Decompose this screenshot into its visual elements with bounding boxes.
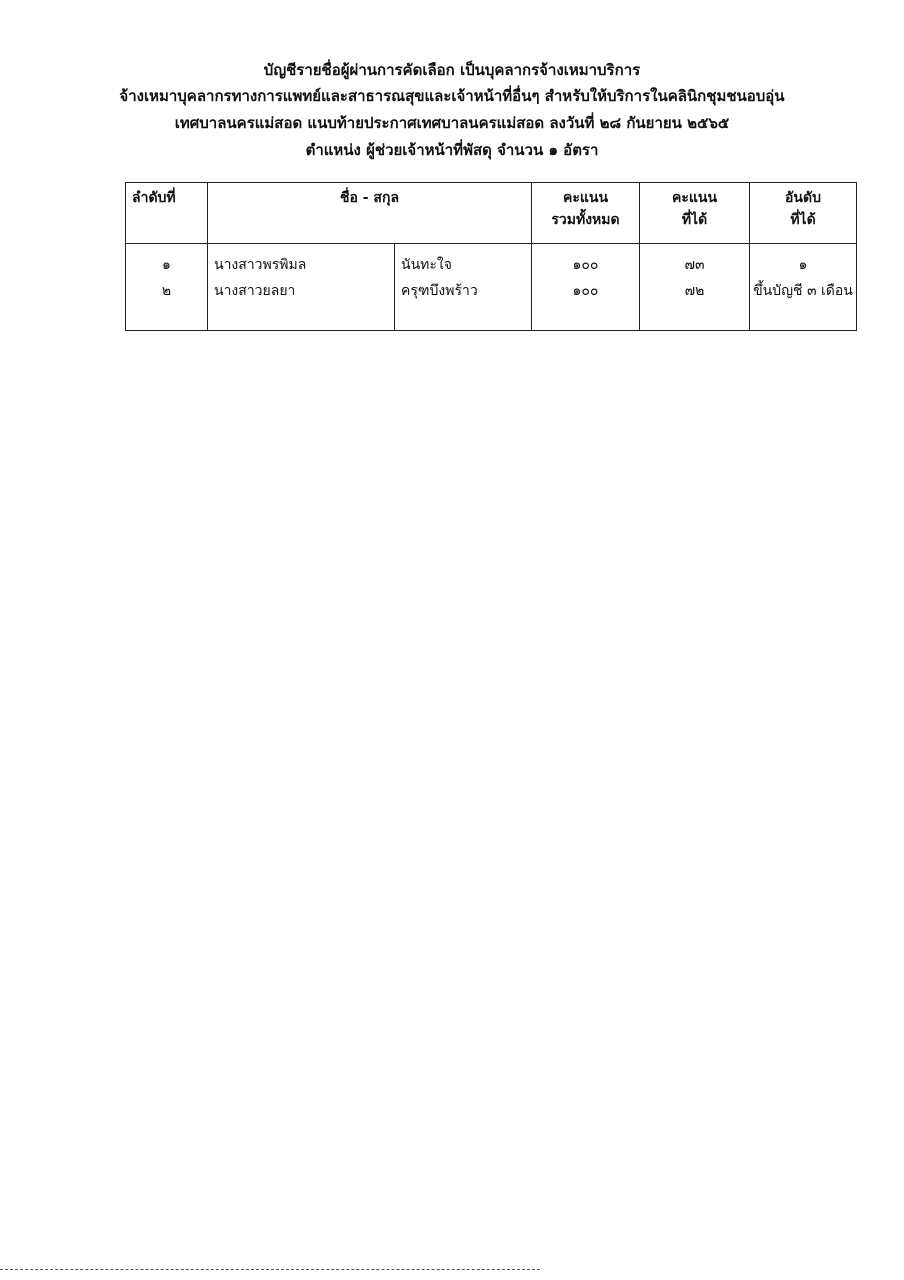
rank: ๑ [750, 252, 856, 278]
header-full-name: ชื่อ - สกุล [208, 183, 532, 244]
header-order-number: ลำดับที่ [126, 183, 208, 244]
score-obtained: ๗๓ [640, 252, 749, 278]
header-score-line-1: คะแนน [640, 187, 749, 209]
last-name-cell: นันทะใจ ครุฑบึงพร้าว [395, 244, 532, 331]
first-name: นางสาวพรพิมล [214, 252, 394, 278]
document-title-line-4: ตำแหน่ง ผู้ช่วยเจ้าหน้าที่พัสดุ จำนวน ๑ … [0, 138, 904, 162]
total-score: ๑๐๐ [532, 252, 639, 278]
document-title-line-1: บัญชีรายชื่อผู้ผ่านการคัดเลือก เป็นบุคลา… [0, 58, 904, 82]
order-number-cell: ๑ ๒ [126, 244, 208, 331]
header-rank: อันดับ ที่ได้ [750, 183, 857, 244]
header-rank-line-1: อันดับ [750, 187, 856, 209]
header-total-score-line-2: รวมทั้งหมด [532, 209, 639, 231]
total-score: ๑๐๐ [532, 278, 639, 304]
results-table: ลำดับที่ ชื่อ - สกุล คะแนน รวมทั้งหมด คะ… [125, 182, 857, 331]
table-row: ๑ ๒ นางสาวพรพิมล นางสาวยลยา นันทะใจ ครุฑ… [126, 244, 857, 331]
first-name: นางสาวยลยา [214, 278, 394, 304]
first-name-cell: นางสาวพรพิมล นางสาวยลยา [208, 244, 395, 331]
score-obtained: ๗๒ [640, 278, 749, 304]
header-score-obtained: คะแนน ที่ได้ [640, 183, 750, 244]
header-score-line-2: ที่ได้ [640, 209, 749, 231]
score-obtained-cell: ๗๓ ๗๒ [640, 244, 750, 331]
rank-cell: ๑ ขึ้นบัญชี ๓ เดือน [750, 244, 857, 331]
table-header-row: ลำดับที่ ชื่อ - สกุล คะแนน รวมทั้งหมด คะ… [126, 183, 857, 244]
last-name: ครุฑบึงพร้าว [401, 278, 531, 304]
document-title-line-2: จ้างเหมาบุคลากรทางการแพทย์และสาธารณสุขแล… [0, 84, 904, 108]
document-title-line-3: เทศบาลนครแม่สอด แนบท้ายประกาศเทศบาลนครแม… [0, 111, 904, 135]
last-name: นันทะใจ [401, 252, 531, 278]
header-total-score-line-1: คะแนน [532, 187, 639, 209]
rank: ขึ้นบัญชี ๓ เดือน [750, 278, 856, 304]
scan-edge-line [0, 1269, 540, 1270]
total-score-cell: ๑๐๐ ๑๐๐ [532, 244, 640, 331]
order-number: ๒ [126, 278, 207, 304]
header-rank-line-2: ที่ได้ [750, 209, 856, 231]
order-number: ๑ [126, 252, 207, 278]
header-total-score: คะแนน รวมทั้งหมด [532, 183, 640, 244]
